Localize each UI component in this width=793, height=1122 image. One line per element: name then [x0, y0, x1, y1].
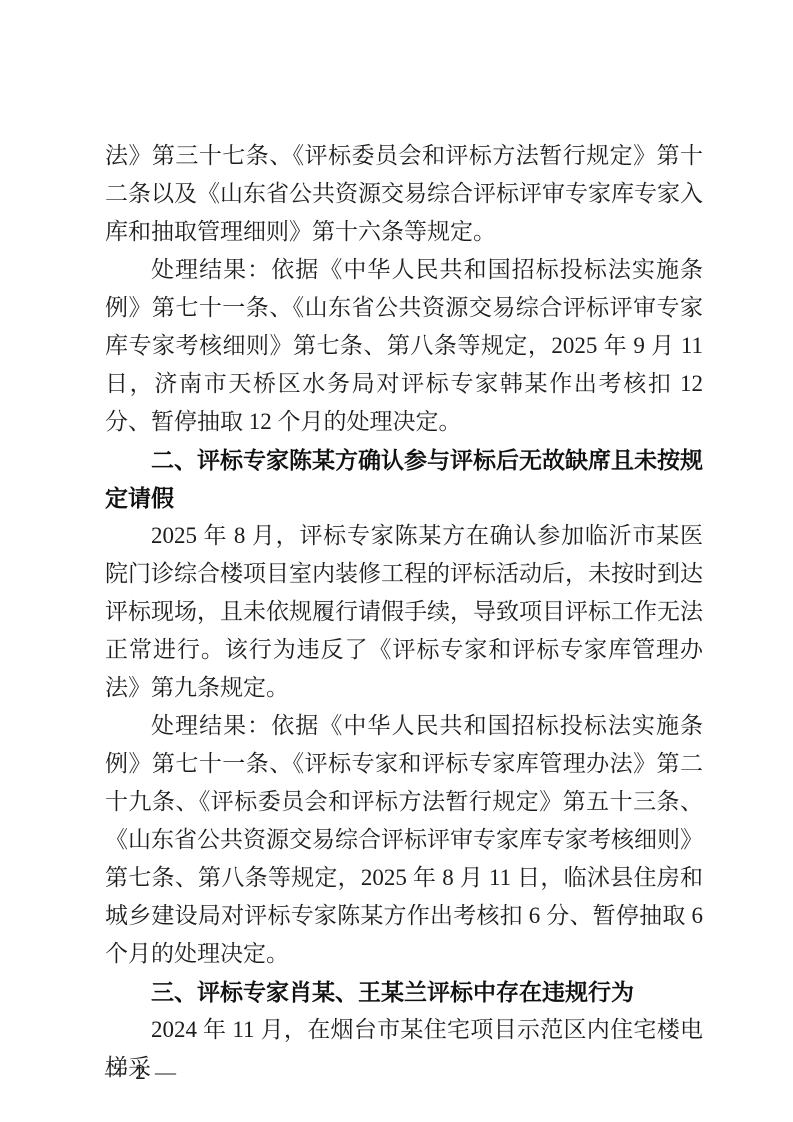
paragraph-case-3-facts-truncated: 2024 年 11 月，在烟台市某住宅项目示范区内住宅楼电梯采	[105, 1011, 703, 1087]
document-page: 法》第三十七条、《评标委员会和评标方法暂行规定》第十二条以及《山东省公共资源交易…	[0, 0, 793, 1122]
section-heading-2: 二、评标专家陈某方确认参与评标后无故缺席且未按规定请假	[105, 441, 703, 517]
paragraph-handling-result-1: 处理结果：依据《中华人民共和国招标投标法实施条例》第七十一条、《山东省公共资源交…	[105, 251, 703, 441]
page-number: — 2 —	[105, 1060, 178, 1085]
paragraph-case-2-facts: 2025 年 8 月，评标专家陈某方在确认参加临沂市某医院门诊综合楼项目室内装修…	[105, 517, 703, 707]
paragraph-handling-result-2: 处理结果：依据《中华人民共和国招标投标法实施条例》第七十一条、《评标专家和评标专…	[105, 707, 703, 973]
document-body: 法》第三十七条、《评标委员会和评标方法暂行规定》第十二条以及《山东省公共资源交易…	[105, 137, 703, 1087]
section-heading-3: 三、评标专家肖某、王某兰评标中存在违规行为	[105, 973, 703, 1011]
paragraph-continuation: 法》第三十七条、《评标委员会和评标方法暂行规定》第十二条以及《山东省公共资源交易…	[105, 137, 703, 251]
